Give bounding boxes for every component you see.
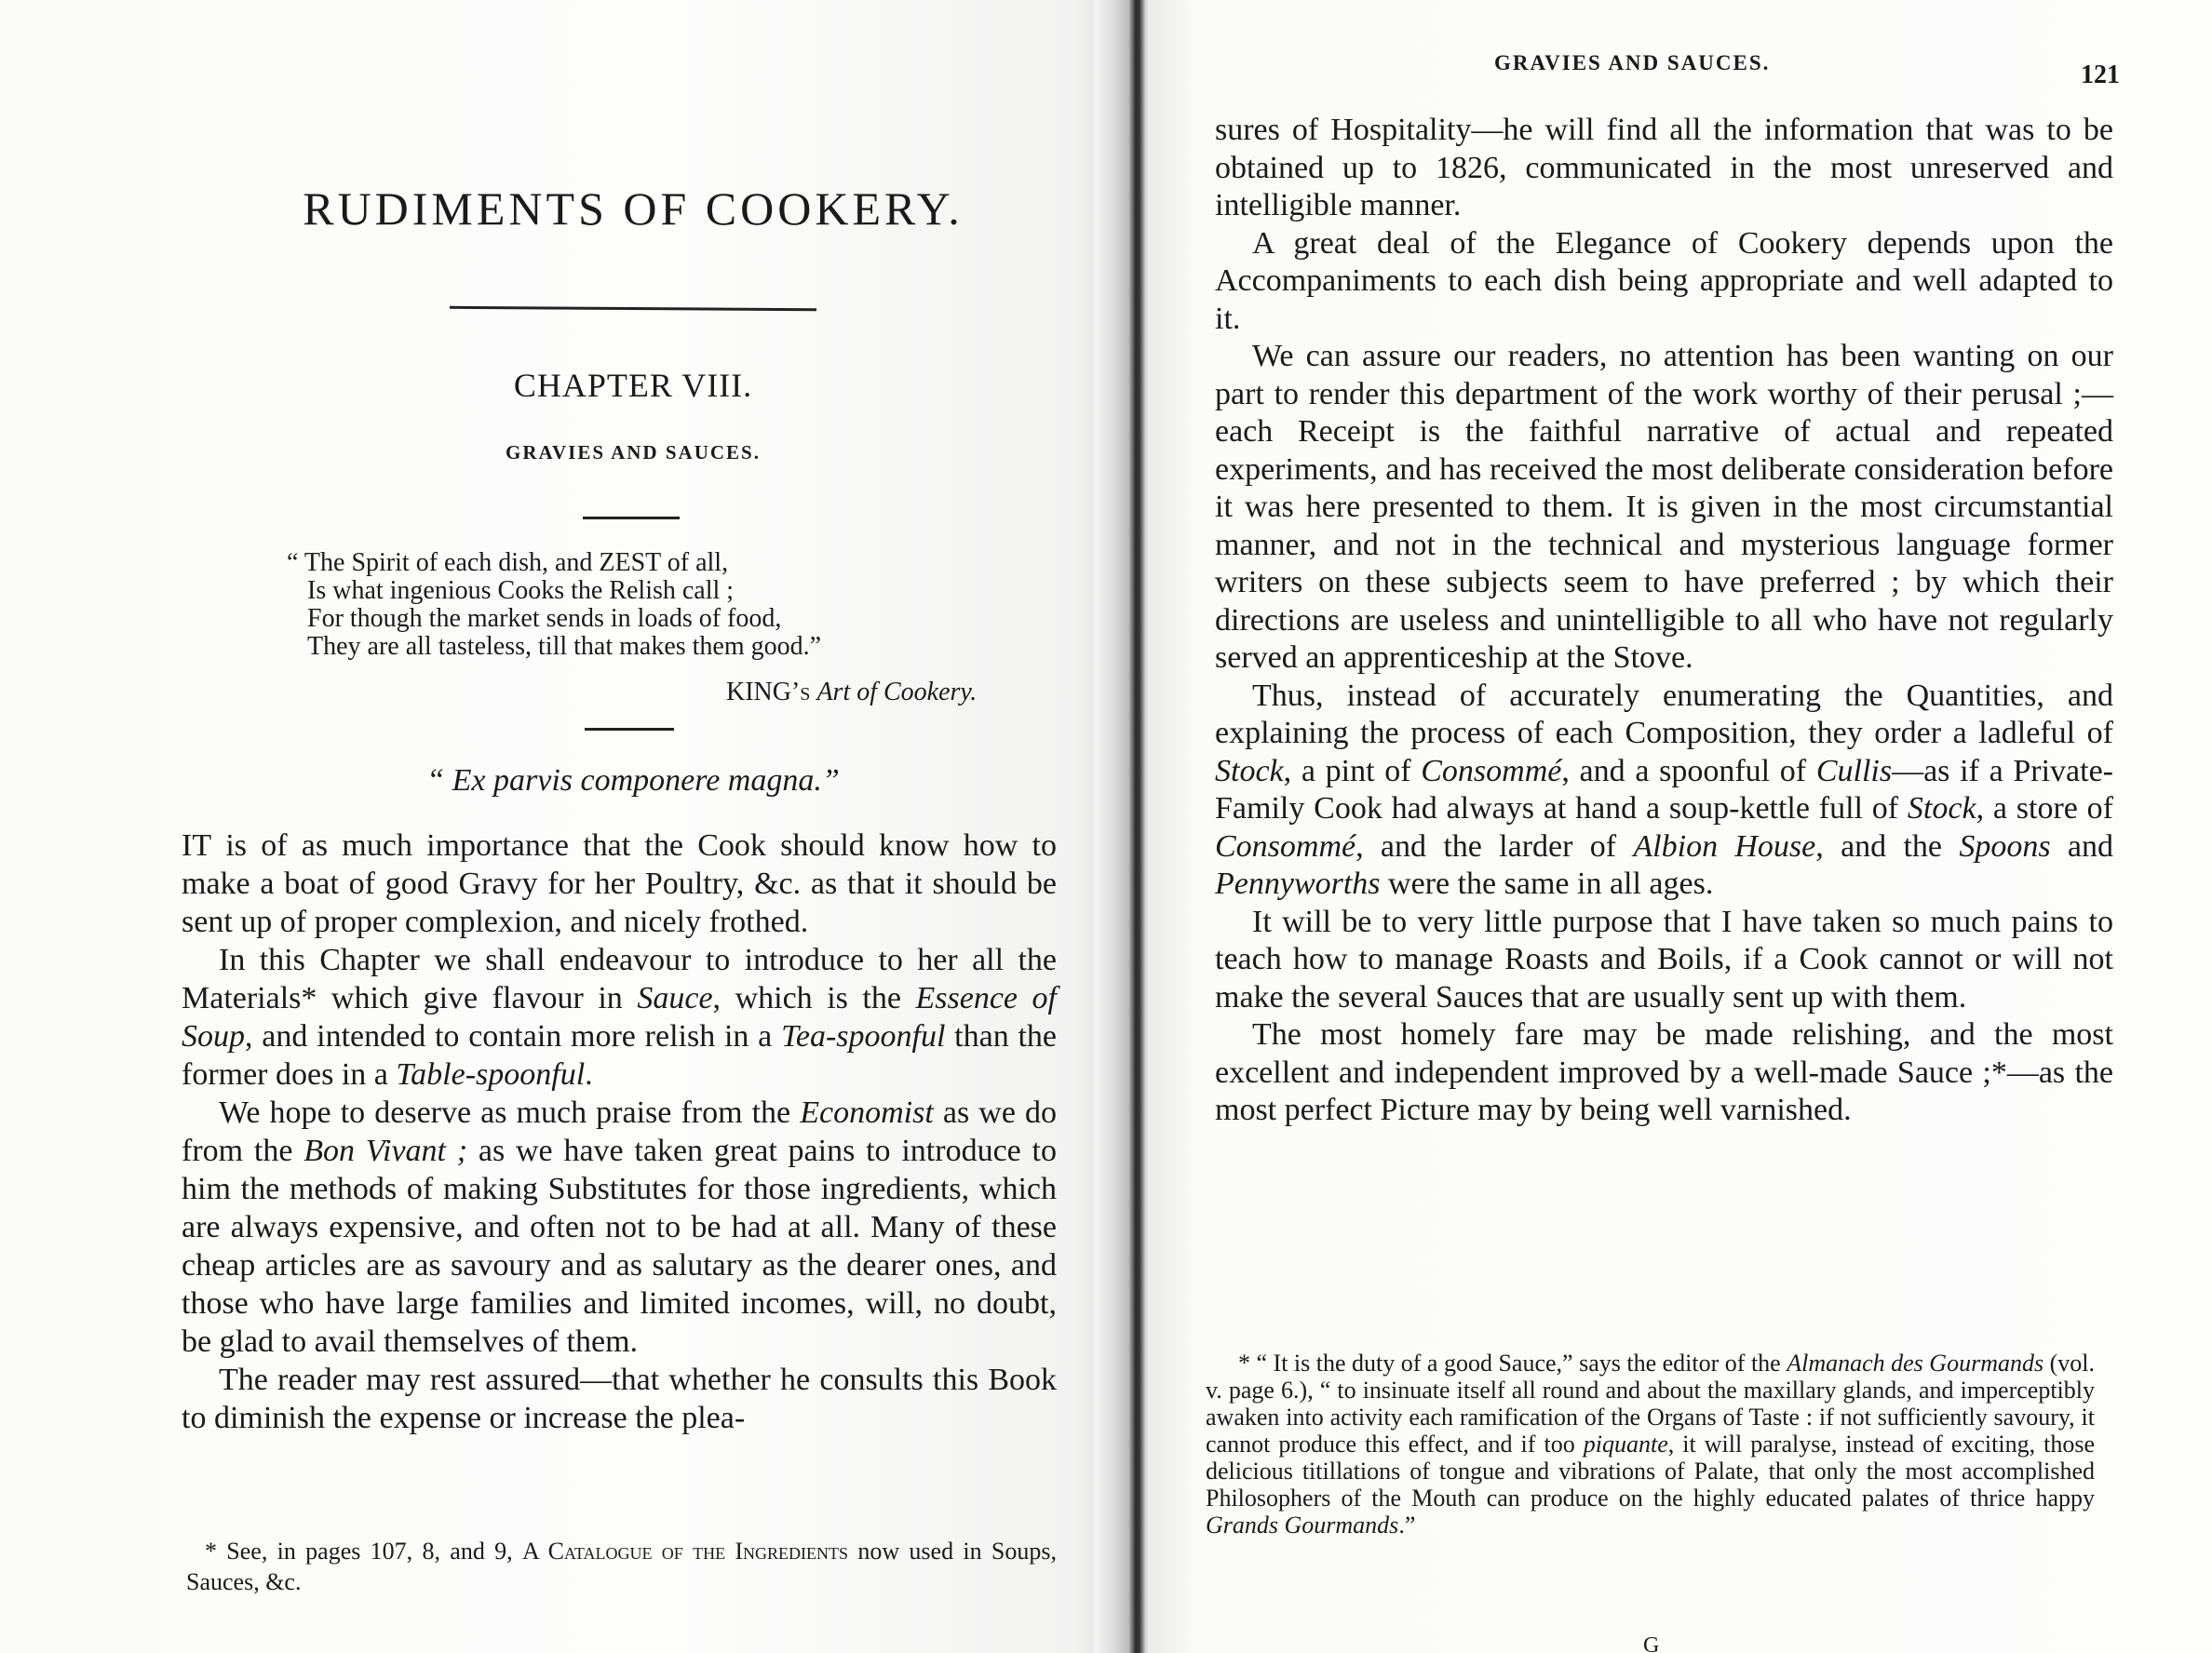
chapter-title: CHAPTER VIII.: [186, 366, 1080, 405]
italic-run: Economist: [800, 1095, 934, 1130]
right-body-text: sures of Hospitality—he will find all th…: [1215, 112, 2113, 1130]
verse-line-4: They are all tasteless, till that makes …: [307, 633, 821, 661]
paragraph: The most homely fare may be made relishi…: [1215, 1016, 2113, 1130]
epigraph-verse: “ The Spirit of each dish, and ZEST of a…: [307, 549, 821, 661]
left-footnote: * See, in pages 107, 8, and 9, A Catalog…: [186, 1536, 1057, 1597]
text-run: .: [585, 1057, 593, 1092]
italic-run: piquante: [1584, 1431, 1668, 1458]
text-run: were the same in all ages.: [1381, 867, 1714, 901]
text-run: , and a spoonful of: [1561, 754, 1816, 788]
paragraph: A great deal of the Elegance of Cookery …: [1215, 225, 2113, 339]
text-run: , and the: [1815, 829, 1959, 864]
italic-run: Bon Vivant ;: [303, 1134, 467, 1168]
text-run: * See, in pages 107, 8, and 9,: [205, 1538, 522, 1565]
italic-run: Table-spoonful: [396, 1057, 585, 1092]
paragraph-text: is of as much importance that the Cook s…: [182, 828, 1057, 939]
book-spine-gutter: [1094, 0, 1150, 1653]
text-run: , and intended to contain more relish in…: [245, 1019, 781, 1054]
page-number: 121: [2081, 60, 2120, 90]
chapter-rule: [583, 517, 680, 519]
text-run: We hope to deserve as much praise from t…: [219, 1095, 800, 1130]
paragraph: Thus, instead of accurately enumerating …: [1215, 678, 2113, 904]
italic-run: Sauce: [637, 981, 712, 1015]
paragraph: We hope to deserve as much praise from t…: [182, 1094, 1057, 1361]
text-run: , a pint of: [1284, 754, 1422, 788]
epigraph-attribution: KING’s Art of Cookery.: [726, 678, 977, 707]
chapter-subtitle: GRAVIES AND SAUCES.: [186, 441, 1080, 464]
left-body-text: IT is of as much importance that the Coo…: [182, 826, 1057, 1437]
right-footnote: * “ It is the duty of a good Sauce,” say…: [1206, 1350, 2095, 1539]
verse-line-3: For though the market sends in loads of …: [307, 605, 821, 633]
italic-run: Cullis: [1816, 754, 1892, 788]
italic-run: Almanach des Gourmands: [1787, 1350, 2043, 1377]
epigraph-rule: [585, 728, 674, 731]
latin-motto: “ Ex parvis componere magna.”: [186, 763, 1080, 799]
verse-line-1: “ The Spirit of each dish, and ZEST of a…: [307, 549, 821, 577]
verse-line-2: Is what ingenious Cooks the Relish call …: [307, 577, 821, 605]
italic-run: Spoons: [1959, 829, 2050, 864]
italic-run: Pennyworths: [1215, 867, 1381, 901]
paragraph: The reader may rest assured—that whether…: [182, 1361, 1057, 1437]
drop-lead: IT: [182, 828, 211, 863]
italic-run: Consommé: [1215, 829, 1356, 864]
text-run: .”: [1398, 1512, 1415, 1539]
italic-run: Consommé: [1421, 754, 1561, 788]
italic-run: Grands Gourmands: [1206, 1512, 1398, 1539]
small-caps-run: A Catalogue of the Ingredients: [522, 1538, 848, 1565]
text-run: , a store of: [1976, 791, 2113, 826]
italic-run: Stock: [1908, 791, 1976, 826]
text-run: Thus, instead of accurately enumerating …: [1215, 679, 2113, 751]
italic-run: Stock: [1215, 754, 1284, 788]
paragraph: IT is of as much importance that the Coo…: [182, 826, 1057, 941]
signature-mark: G: [1643, 1633, 1659, 1653]
italic-run: Albion House: [1633, 829, 1815, 864]
paragraph: In this Chapter we shall endeavour to in…: [182, 941, 1057, 1094]
text-run: * “ It is the duty of a good Sauce,” say…: [1238, 1350, 1787, 1377]
attribution-work: Art of Cookery.: [816, 678, 977, 706]
paragraph: We can assure our readers, no attention …: [1215, 338, 2113, 678]
italic-run: Tea-spoonful: [781, 1019, 945, 1054]
text-run: , and the larder of: [1356, 829, 1633, 864]
text-run: , which is the: [713, 981, 916, 1015]
paragraph: It will be to very little purpose that I…: [1215, 904, 2113, 1017]
attribution-author: KING’s: [726, 678, 810, 706]
paragraph: sures of Hospitality—he will find all th…: [1215, 112, 2113, 225]
running-head: GRAVIES AND SAUCES.: [1494, 51, 1770, 75]
text-run: and: [2051, 829, 2113, 864]
book-title: RUDIMENTS OF COOKERY.: [186, 181, 1080, 235]
